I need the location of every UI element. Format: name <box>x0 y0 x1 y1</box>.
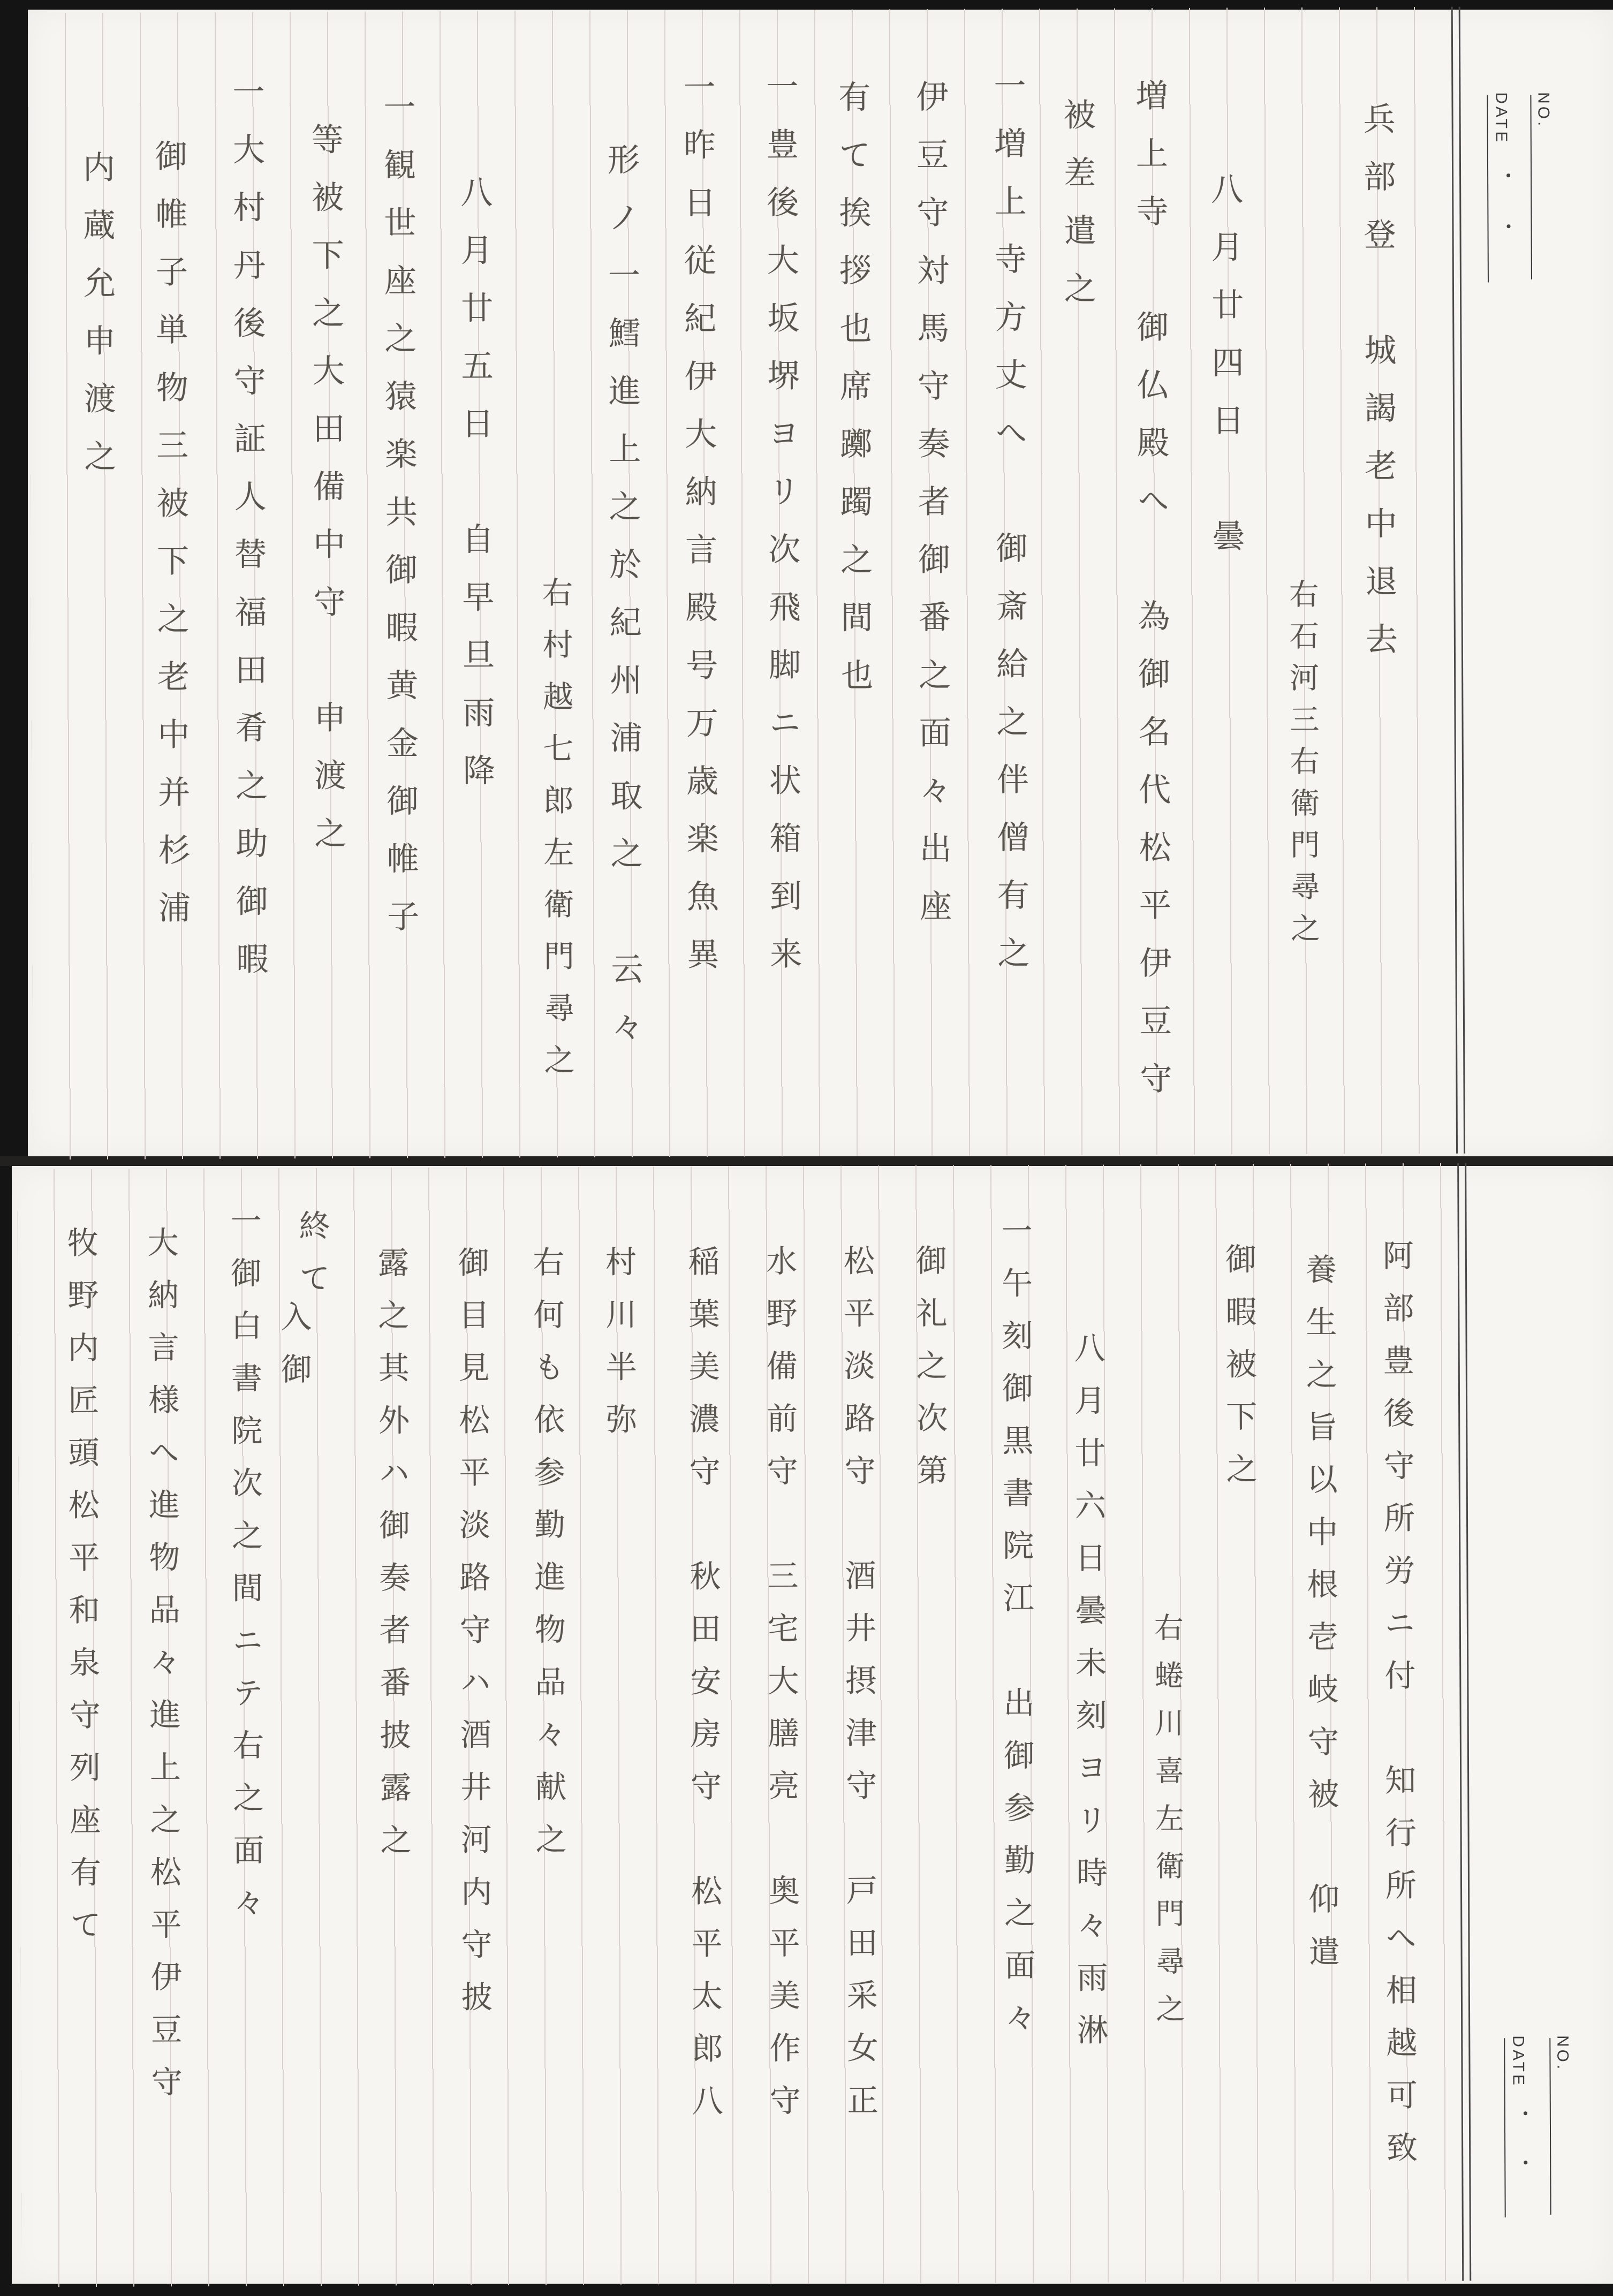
journal-date-line: 八月廿六日曇未刻ヨリ時々雨淋 <box>1072 1332 1106 2066</box>
date-label: DATE <box>1509 2035 1527 2088</box>
journal-line: 一午刻御黒書院江 出御参勤之面々 <box>999 1214 1034 2053</box>
journal-line: 一御白書院次之間ニテ右之面々 <box>228 1204 262 1938</box>
journal-date-line: 八月廿五日 自早旦雨降 <box>458 176 493 812</box>
journal-line: 兵部登 城謁老中退去 <box>1360 102 1395 680</box>
journal-line: 有て挨拶也席躑躅之間也 <box>836 80 870 716</box>
date-underline <box>1487 95 1489 282</box>
journal-line: 等被下之大田備中守 申渡之 <box>309 123 344 874</box>
date-underline <box>1504 2038 1505 2217</box>
journal-line: 形ノ一鱈進上之於紀州浦取之 云々 <box>605 142 641 1067</box>
journal-line: 増上寺 御仏殿へ 為御名代松平伊豆守 <box>1133 79 1169 1119</box>
journal-line: 終て <box>296 1209 328 1314</box>
journal-name-list-line: 村川半弥 <box>603 1245 635 1455</box>
scanned-notebook: NO. DATE 兵部登 城謁老中退去 右石河三右衛門尋之 八月廿四日 曇 増上… <box>0 0 1613 2296</box>
journal-line: 被差遣之 <box>1061 98 1094 329</box>
journal-line: 牧野内匠頭松平和泉守列座有て <box>65 1226 99 1961</box>
date-separator-dot <box>1524 2161 1527 2164</box>
journal-line: 伊豆守対馬守奏者御番之面々出座 <box>913 80 949 947</box>
journal-attribution-line: 右村越七郎左衛門尋之 <box>539 577 572 1096</box>
date-separator-dot <box>1524 2111 1527 2115</box>
journal-name-list-line: 稲葉美濃守 秋田安房守 松平太郎八 <box>686 1245 721 2137</box>
no-label: NO. <box>1534 92 1552 128</box>
date-separator-dot <box>1506 173 1510 177</box>
no-underline <box>1530 95 1532 279</box>
journal-name-list-line: 水野備前守 三宅大膳亮 奥平美作守 <box>763 1245 798 2136</box>
margin-double-line <box>1465 1163 1471 2281</box>
journal-line: 御礼之次第 <box>913 1244 945 1506</box>
no-underline <box>1549 2038 1551 2215</box>
journal-line: 入御 <box>278 1300 309 1405</box>
journal-line: 一増上寺方丈へ 御斎給之伴僧有之 <box>991 69 1027 994</box>
journal-line: 御帷子単物三被下之老中并杉浦 <box>153 139 188 949</box>
journal-attribution-line: 右石河三右衛門尋之 <box>1286 579 1317 954</box>
journal-line: 右何も依参勤進物品々献之 <box>531 1246 564 1875</box>
journal-attribution-line: 右蜷川喜左衛門尋之 <box>1152 1612 1183 2041</box>
journal-line: 阿部豊後守所労ニ付 知行所へ相越可致 <box>1380 1239 1415 2184</box>
journal-line: 露之其外ハ御奏者番披露之 <box>375 1246 409 1876</box>
journal-line: 養生之旨以中根壱岐守被 仰遣 <box>1303 1253 1337 1988</box>
scan-content: NO. DATE 兵部登 城謁老中退去 右石河三右衛門尋之 八月廿四日 曇 増上… <box>0 0 1613 2296</box>
journal-line: 一昨日従紀伊大納言殿号万歳楽魚異 <box>680 70 717 995</box>
journal-line: 御暇被下之 <box>1223 1242 1255 1505</box>
journal-line: 一観世座之猿楽共御暇黄金御帷子 <box>381 90 416 957</box>
date-separator-dot <box>1506 224 1510 228</box>
journal-line: 一大村丹後守証人替福田肴之助御暇 <box>230 74 266 999</box>
journal-line: 大納言様へ進物品々進上之松平伊豆守 <box>145 1226 180 2118</box>
margin-double-line <box>1459 7 1465 1154</box>
journal-line: 一豊後大坂堺ヨリ次飛脚ニ状箱到来 <box>763 70 800 995</box>
journal-line: 御目見松平淡路守ハ酒井河内守披 <box>456 1246 490 2033</box>
journal-date-line: 八月廿四日 曇 <box>1208 172 1242 577</box>
margin-double-line <box>1457 1163 1464 2281</box>
no-label: NO. <box>1553 2035 1571 2072</box>
date-label: DATE <box>1491 92 1510 145</box>
margin-double-line <box>1451 7 1458 1154</box>
journal-name-list-line: 松平淡路守 酒井摂津守 戸田采女正 <box>841 1244 876 2136</box>
journal-line: 内蔵允申渡之 <box>80 150 114 497</box>
